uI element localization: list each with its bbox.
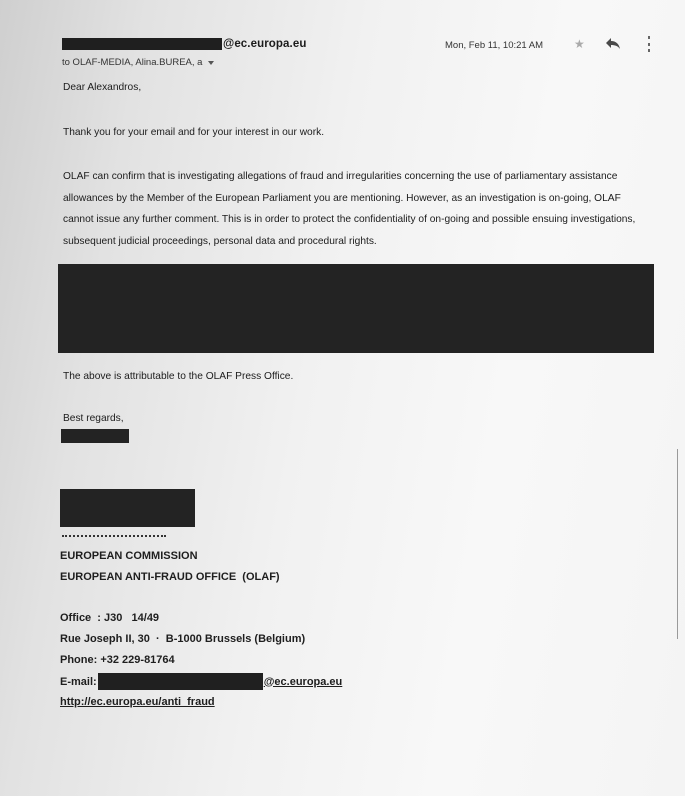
signature-separator xyxy=(62,535,166,537)
greeting: Dear Alexandros, xyxy=(63,82,141,93)
redacted-sender-signature xyxy=(61,429,129,443)
recipients-text: to OLAF-MEDIA, Alina.BUREA, a xyxy=(62,57,202,68)
office-line: Office : J30 14/49 xyxy=(60,612,159,624)
email-label: E-mail: xyxy=(60,676,97,688)
email-link[interactable]: @ec.europa.eu xyxy=(264,676,343,688)
more-vertical-icon[interactable] xyxy=(648,36,652,52)
org-line-1: EUROPEAN COMMISSION xyxy=(60,550,198,562)
email-line: E-mail: @ec.europa.eu xyxy=(60,673,342,690)
email-date: Mon, Feb 11, 10:21 AM xyxy=(445,40,543,51)
address-line: Rue Joseph II, 30 · B-1000 Brussels (Bel… xyxy=(60,633,305,645)
redacted-signature-name xyxy=(60,489,195,527)
redacted-block xyxy=(58,264,654,353)
thanks-line: Thank you for your email and for your in… xyxy=(63,127,324,138)
main-paragraph: OLAF can confirm that is investigating a… xyxy=(63,166,653,252)
redacted-email-user xyxy=(98,673,263,690)
org-line-2: EUROPEAN ANTI-FRAUD OFFICE (OLAF) xyxy=(60,571,280,583)
attribution-line: The above is attributable to the OLAF Pr… xyxy=(63,371,293,382)
website-line: http://ec.europa.eu/anti_fraud xyxy=(60,696,215,708)
star-icon[interactable]: ★ xyxy=(574,38,585,50)
recipients-line[interactable]: to OLAF-MEDIA, Alina.BUREA, a xyxy=(62,57,214,68)
closing-line: Best regards, xyxy=(63,413,124,424)
reply-icon[interactable] xyxy=(605,36,621,50)
redacted-sender-name xyxy=(62,38,222,50)
sender-address: @ec.europa.eu xyxy=(62,38,306,50)
phone-line: Phone: +32 229-81764 xyxy=(60,654,175,666)
sender-domain: @ec.europa.eu xyxy=(223,38,306,50)
chevron-down-icon[interactable] xyxy=(208,61,214,65)
website-link[interactable]: http://ec.europa.eu/anti_fraud xyxy=(60,696,215,708)
paper-crease-line xyxy=(677,449,678,639)
